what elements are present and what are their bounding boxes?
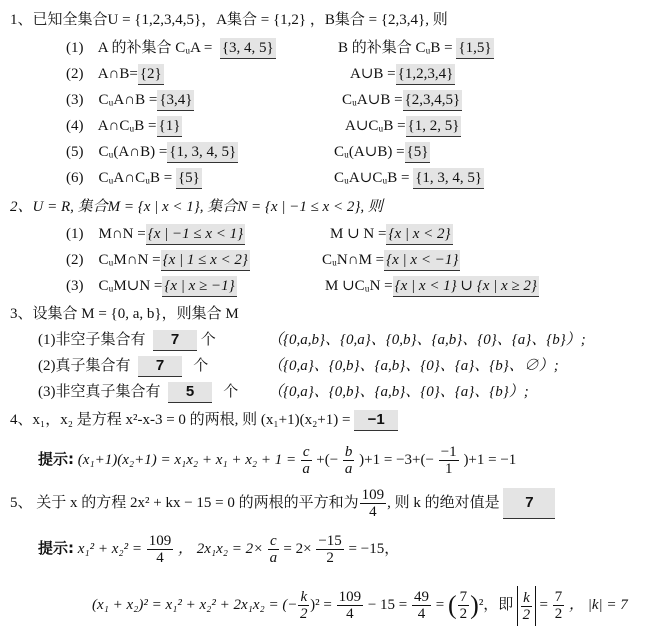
answer-field[interactable]: {x | 1 ≤ x < 2}: [161, 250, 250, 271]
fraction: ba: [343, 444, 355, 477]
item-number: (4): [66, 118, 84, 134]
q3-item-1-list: （{0,a,b}、{0,a}、{0,b}、{a,b}、{0}、{a}、{b}）;: [268, 330, 586, 350]
item-label: (1)非空子集合有: [38, 332, 146, 348]
unit-label: 个: [193, 358, 208, 374]
hint-expr: =: [436, 597, 444, 613]
fraction: −152: [316, 533, 343, 566]
paren-left: (: [448, 591, 457, 620]
q3-item-3: (3)非空真子集合有 5 个: [38, 382, 238, 403]
fraction: −11: [439, 444, 459, 477]
hint-expr: (x₁+1)(x₂+1) = x₁x₂ + x₁ + x₂ + 1 =: [78, 452, 296, 468]
item-label: (2)真子集合有: [38, 358, 131, 374]
q1-item-1-right: B 的补集合 CᵤB = {1,5}: [338, 38, 494, 59]
q1-item-2-right: A∪B ={1,2,3,4}: [350, 64, 455, 85]
hint-expr: (x₁ + x₂)² = x₁² + x₂² + 2x₁x₂ = (−: [92, 597, 297, 613]
q1-item-3: (3) CᵤA∩B ={3,4}: [66, 90, 194, 111]
answer-field[interactable]: −1: [354, 410, 398, 431]
fraction: 1094: [147, 533, 174, 566]
item-label: CᵤA∩B =: [99, 92, 158, 108]
item-label: CᵤA∪B =: [342, 92, 403, 108]
item-label: A∪CᵤB =: [345, 118, 406, 134]
item-label: A∩CᵤB =: [98, 118, 157, 134]
q1-item-4: (4) A∩CᵤB ={1}: [66, 116, 182, 137]
hint-expr: )² =: [310, 597, 332, 613]
q4-stem: 4、x₁，x₂ 是方程 x²-x-3 = 0 的两根, 则 (x₁+1)(x₂+…: [10, 412, 350, 428]
hint-expr: = −15，: [349, 541, 400, 557]
answer-field[interactable]: 7: [503, 488, 555, 519]
item-number: (3): [66, 92, 84, 108]
answer-field[interactable]: {1, 2, 5}: [406, 116, 462, 137]
item-label: CᵤA∩CᵤB =: [99, 170, 173, 186]
answer-field[interactable]: {1,2,3,4}: [396, 64, 456, 85]
q4-stem-line: 4、x₁，x₂ 是方程 x²-x-3 = 0 的两根, 则 (x₁+1)(x₂+…: [10, 410, 398, 431]
q1-item-1: (1) A 的补集合 CᵤA = {3, 4, 5}: [66, 38, 276, 59]
hint-label: 提示:: [38, 539, 74, 557]
q2-item-3-right: M ∪CᵤN ={x | x < 1} ∪ {x | x ≥ 2}: [325, 276, 539, 297]
item-label: M ∪ N =: [330, 226, 386, 242]
q3-item-2: (2)真子集合有 7 个: [38, 356, 208, 377]
q2-item-3: (3) CᵤM∪N ={x | x ≥ −1}: [66, 276, 237, 297]
absolute-value: k2: [517, 586, 536, 626]
fraction: 1094: [337, 589, 364, 622]
q4-hint: 提示: (x₁+1)(x₂+1) = x₁x₂ + x₁ + x₂ + 1 = …: [38, 441, 516, 478]
q5-hint-2: (x₁ + x₂)² = x₁² + x₂² + 2x₁x₂ = (−k2)² …: [92, 585, 628, 626]
q2-item-1: (1) M∩N ={x | −1 ≤ x < 1}: [66, 224, 245, 245]
item-number: (2): [66, 252, 84, 268]
q2-item-2: (2) CᵤM∩N ={x | 1 ≤ x < 2}: [66, 250, 250, 271]
fraction: 494: [412, 589, 431, 622]
fraction: ca: [268, 533, 279, 566]
item-number: (2): [66, 66, 84, 82]
q1-item-5-right: Cᵤ(A∪B) ={5}: [334, 142, 430, 163]
hint-expr: ²，即: [479, 597, 514, 613]
q5-stem: 5、 关于 x 的方程 2x² + kx − 15 = 0 的两根的平方和为: [10, 495, 359, 511]
fraction: 72: [553, 589, 565, 622]
answer-field[interactable]: {1,5}: [456, 38, 493, 59]
hint-expr: +(−: [316, 452, 338, 468]
item-label: Cᵤ(A∩B) =: [99, 144, 168, 160]
q1-item-5: (5) Cᵤ(A∩B) ={1, 3, 4, 5}: [66, 142, 238, 163]
item-label: CᵤM∪N =: [99, 278, 163, 294]
q1-stem: 1、已知全集合U = {1,2,3,4,5}，A集合 = {1,2} ，B集合 …: [10, 10, 448, 30]
fraction: ca: [301, 444, 312, 477]
item-number: (1): [66, 40, 84, 56]
q1-item-6-right: CᵤA∪CᵤB = {1, 3, 4, 5}: [334, 168, 484, 189]
answer-field[interactable]: {5}: [176, 168, 202, 189]
hint-expr: ， 2x₁x₂ = 2×: [178, 541, 263, 557]
fraction: 72: [458, 589, 470, 622]
item-label: A 的补集合 CᵤA =: [98, 40, 213, 56]
q2-item-1-right: M ∪ N ={x | x < 2}: [330, 224, 453, 245]
answer-field[interactable]: 7: [153, 330, 197, 351]
item-number: (1): [66, 226, 84, 242]
item-label: M∩N =: [99, 226, 146, 242]
q1-item-6: (6) CᵤA∩CᵤB = {5}: [66, 168, 202, 189]
answer-field[interactable]: {1, 3, 4, 5}: [167, 142, 238, 163]
item-label: CᵤA∪CᵤB =: [334, 170, 409, 186]
hint-expr: x₁² + x₂² =: [78, 541, 142, 557]
answer-field[interactable]: 7: [138, 356, 182, 377]
hint-expr: )+1 = −1: [463, 452, 516, 468]
unit-label: 个: [223, 384, 238, 400]
answer-field[interactable]: {x | x < −1}: [384, 250, 460, 271]
paren-right: ): [470, 591, 479, 620]
answer-field[interactable]: {x | x < 1} ∪ {x | x ≥ 2}: [393, 276, 539, 297]
hint-expr: = 2×: [283, 541, 311, 557]
q3-stem: 3、设集合 M = {0, a, b}，则集合 M: [10, 304, 239, 324]
q5-stem-line: 5、 关于 x 的方程 2x² + kx − 15 = 0 的两根的平方和为10…: [10, 485, 555, 521]
answer-field[interactable]: {x | x < 2}: [386, 224, 452, 245]
item-label: B 的补集合 CᵤB =: [338, 40, 453, 56]
q5-hint-1: 提示: x₁² + x₂² = 1094 ， 2x₁x₂ = 2× ca = 2…: [38, 530, 399, 567]
hint-expr: )+1 = −3+(−: [359, 452, 434, 468]
item-label: A∪B =: [350, 66, 396, 82]
q1-item-3-right: CᵤA∪B ={2,3,4,5}: [342, 90, 462, 111]
item-label: Cᵤ(A∪B) =: [334, 144, 405, 160]
item-label: A∩B=: [98, 66, 138, 82]
answer-field[interactable]: {x | −1 ≤ x < 1}: [146, 224, 245, 245]
hint-expr: =: [539, 597, 547, 613]
q2-stem: 2、U = R, 集合M = {x | x < 1}, 集合N = {x | −…: [10, 197, 383, 217]
unit-label: 个: [201, 332, 216, 348]
hint-expr: ， |k| = 7: [569, 597, 628, 613]
answer-field[interactable]: {1, 3, 4, 5}: [413, 168, 484, 189]
q3-item-2-list: （{0,a}、{0,b}、{a,b}、{0}、{a}、{b}、∅）;: [268, 356, 559, 376]
q3-item-1: (1)非空子集合有 7 个: [38, 330, 216, 351]
answer-field[interactable]: {3, 4, 5}: [220, 38, 276, 59]
item-number: (3): [66, 278, 84, 294]
answer-field[interactable]: {1}: [157, 116, 183, 137]
q3-item-3-list: （{0,a}、{0,b}、{a,b}、{0}、{a}、{b}）;: [268, 382, 529, 402]
item-number: (6): [66, 170, 84, 186]
q5-stem: , 则 k 的绝对值是: [387, 495, 500, 511]
item-label: (3)非空真子集合有: [38, 384, 161, 400]
answer-field[interactable]: {2}: [138, 64, 164, 85]
q1-item-4-right: A∪CᵤB ={1, 2, 5}: [345, 116, 461, 137]
item-label: M ∪CᵤN =: [325, 278, 393, 294]
item-label: CᵤN∩M =: [322, 252, 384, 268]
fraction: k2: [298, 589, 309, 622]
q1-item-2: (2) A∩B={2}: [66, 64, 164, 85]
item-number: (5): [66, 144, 84, 160]
q2-item-2-right: CᵤN∩M ={x | x < −1}: [322, 250, 460, 271]
answer-field[interactable]: {x | x ≥ −1}: [162, 276, 236, 297]
item-label: CᵤM∩N =: [99, 252, 161, 268]
hint-label: 提示:: [38, 450, 74, 468]
answer-field[interactable]: {3,4}: [157, 90, 194, 111]
answer-field[interactable]: {2,3,4,5}: [403, 90, 463, 111]
hint-expr: − 15 =: [368, 597, 407, 613]
fraction: 1094: [360, 487, 387, 520]
answer-field[interactable]: 5: [168, 382, 212, 403]
answer-field[interactable]: {5}: [405, 142, 431, 163]
